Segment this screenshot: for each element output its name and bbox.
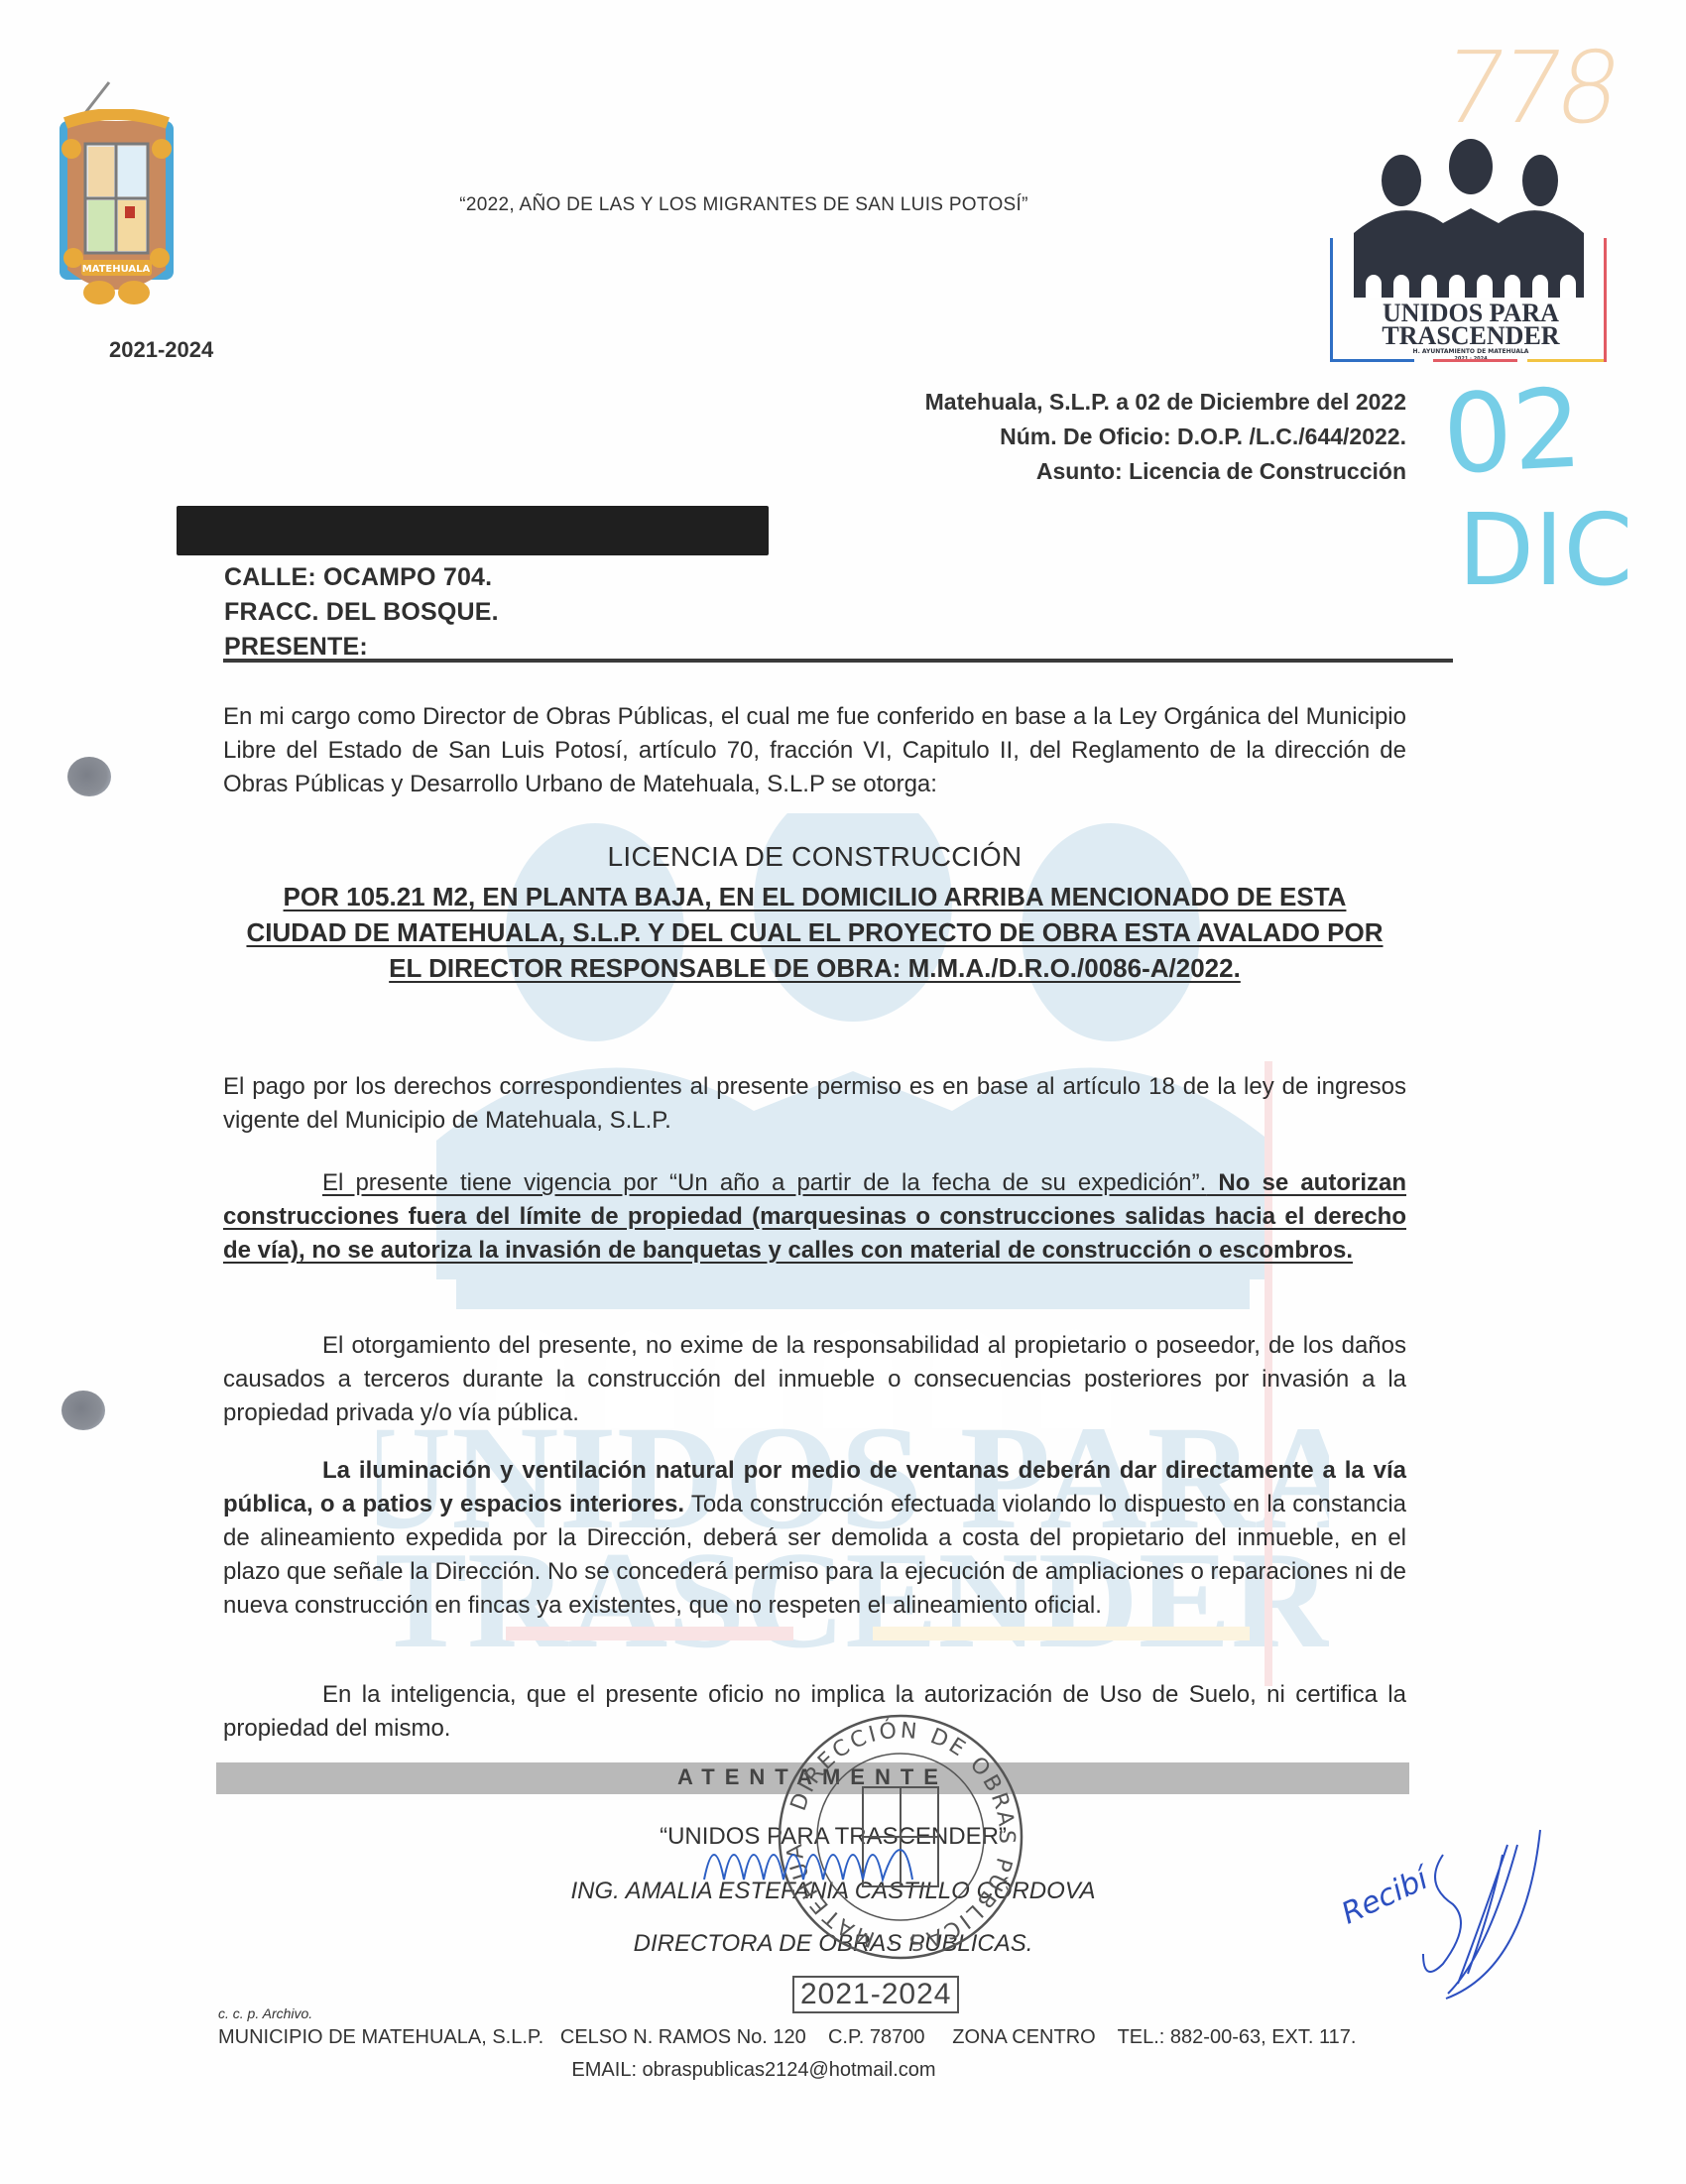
carbon-copy-note: c. c. p. Archivo. xyxy=(218,2005,312,2021)
recipient-address: CALLE: OCAMPO 704. FRACC. DEL BOSQUE. PR… xyxy=(224,560,499,665)
header-divider xyxy=(223,659,1453,663)
street: CALLE: OCAMPO 704. xyxy=(224,560,499,595)
place-and-date: Matehuala, S.L.P. a 02 de Diciembre del … xyxy=(925,385,1406,420)
license-detail: POR 105.21 M2, EN PLANTA BAJA, EN EL DOM… xyxy=(223,879,1406,986)
stamp-period: 2021-2024 xyxy=(792,1976,959,2013)
director-signature xyxy=(694,1820,1012,1899)
document-reference-block: Matehuala, S.L.P. a 02 de Diciembre del … xyxy=(925,385,1406,489)
handwritten-folio-number: 778 xyxy=(1433,30,1626,146)
footer-address: MUNICIPIO DE MATEHUALA, S.L.P. CELSO N. … xyxy=(218,2026,1356,2049)
received-signature: Recibí xyxy=(1329,1795,1587,2033)
payment-paragraph: El pago por los derechos correspondiente… xyxy=(223,1070,1406,1138)
svg-text:H. AYUNTAMIENTO DE MATEHUALA: H. AYUNTAMIENTO DE MATEHUALA xyxy=(1413,348,1529,355)
punch-hole-bottom xyxy=(61,1391,105,1430)
punch-hole-top xyxy=(67,757,111,796)
handwritten-received-month: DIC xyxy=(1458,501,1632,600)
subject: Asunto: Licencia de Construcción xyxy=(925,454,1406,489)
handwritten-received-day: 02 xyxy=(1440,373,1585,489)
administration-period: 2021-2024 xyxy=(109,337,213,363)
footer-email: EMAIL: obraspublicas2124@hotmail.com xyxy=(0,2059,1686,2082)
oficio-number: Núm. De Oficio: D.O.P. /L.C./644/2022. xyxy=(925,420,1406,454)
validity-term: El presente tiene vigencia por “Un año a… xyxy=(322,1169,1206,1196)
liability-paragraph: El otorgamiento del presente, no exime d… xyxy=(223,1329,1406,1430)
lighting-paragraph: La iluminación y ventilación natural por… xyxy=(223,1454,1406,1623)
unidos-para-trascender-logo: UNIDOS PARA TRASCENDER H. AYUNTAMIENTO D… xyxy=(1324,139,1617,362)
redacted-recipient-name xyxy=(177,506,769,555)
svg-text:MATEHUALA: MATEHUALA xyxy=(82,264,151,275)
intro-paragraph: En mi cargo como Director de Obras Públi… xyxy=(223,700,1406,801)
license-title: LICENCIA DE CONSTRUCCIÓN xyxy=(223,841,1406,873)
svg-text:Recibí: Recibí xyxy=(1337,1861,1437,1932)
validity-paragraph: El presente tiene vigencia por “Un año a… xyxy=(223,1166,1406,1268)
subdivision: FRACC. DEL BOSQUE. xyxy=(224,595,499,630)
svg-text:TRASCENDER: TRASCENDER xyxy=(1382,321,1559,350)
